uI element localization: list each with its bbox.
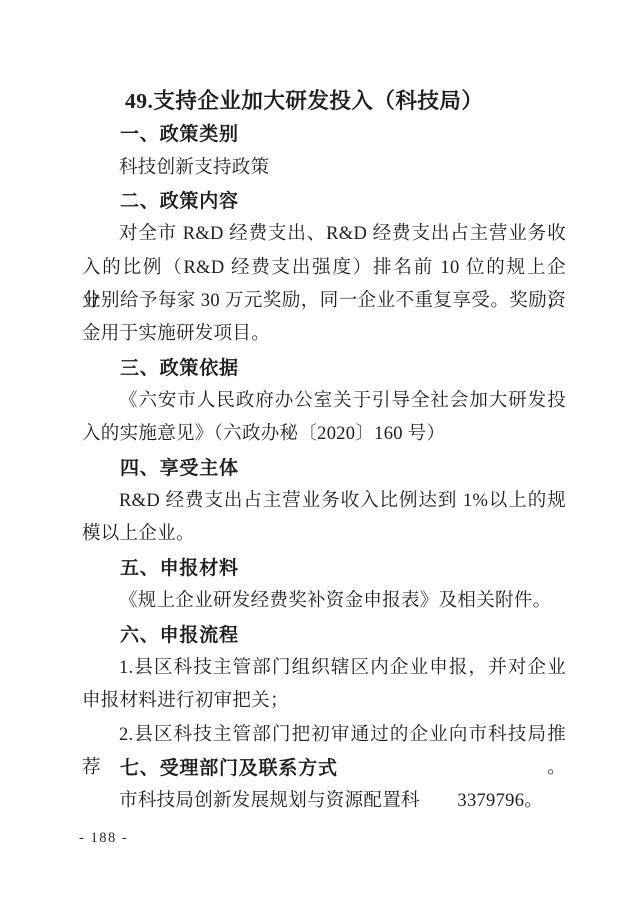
- body-line: 科技创新支持政策: [82, 152, 566, 185]
- body-line: R&D 经费支出占主营业务收入比例达到 1%以上的规: [82, 485, 566, 518]
- body-line: 金用于实施研发项目。: [82, 318, 566, 351]
- section-heading-policy-category: 一、政策类别: [82, 118, 566, 151]
- body-line: 入的比例（R&D 经费支出强度）排名前 10 位的规上企业，: [82, 252, 566, 285]
- document-body: 49.支持企业加大研发投入（科技局） 一、政策类别 科技创新支持政策 二、政策内…: [82, 85, 566, 819]
- section-heading-application-process: 六、申报流程: [82, 619, 566, 652]
- page-number: - 188 -: [79, 830, 128, 847]
- body-line: 对全市 R&D 经费支出、R&D 经费支出占主营业务收: [82, 218, 566, 251]
- body-line: 《规上企业研发经费奖补资金申报表》及相关附件。: [82, 585, 566, 618]
- body-line: 1.县区科技主管部门组织辖区内企业申报，并对企业: [82, 652, 566, 685]
- body-line: 入的实施意见》（六政办秘〔2020〕160 号）: [82, 418, 566, 451]
- body-line: 2.县区科技主管部门把初审通过的企业向市科技局推荐。: [82, 719, 566, 752]
- body-line: 申报材料进行初审把关；: [82, 685, 566, 718]
- doc-title: 49.支持企业加大研发投入（科技局）: [82, 85, 566, 118]
- section-heading-application-materials: 五、申报材料: [82, 552, 566, 585]
- body-line: 分别给予每家 30 万元奖励，同一企业不重复享受。奖励资: [82, 285, 566, 318]
- section-heading-policy-basis: 三、政策依据: [82, 352, 566, 385]
- section-heading-beneficiary: 四、享受主体: [82, 452, 566, 485]
- document-page: 49.支持企业加大研发投入（科技局） 一、政策类别 科技创新支持政策 二、政策内…: [0, 0, 642, 907]
- body-line: 模以上企业。: [82, 518, 566, 551]
- body-line: 《六安市人民政府办公室关于引导全社会加大研发投: [82, 385, 566, 418]
- body-line-contact: 市科技局创新发展规划与资源配置科 3379796。: [82, 785, 566, 818]
- section-heading-policy-content: 二、政策内容: [82, 185, 566, 218]
